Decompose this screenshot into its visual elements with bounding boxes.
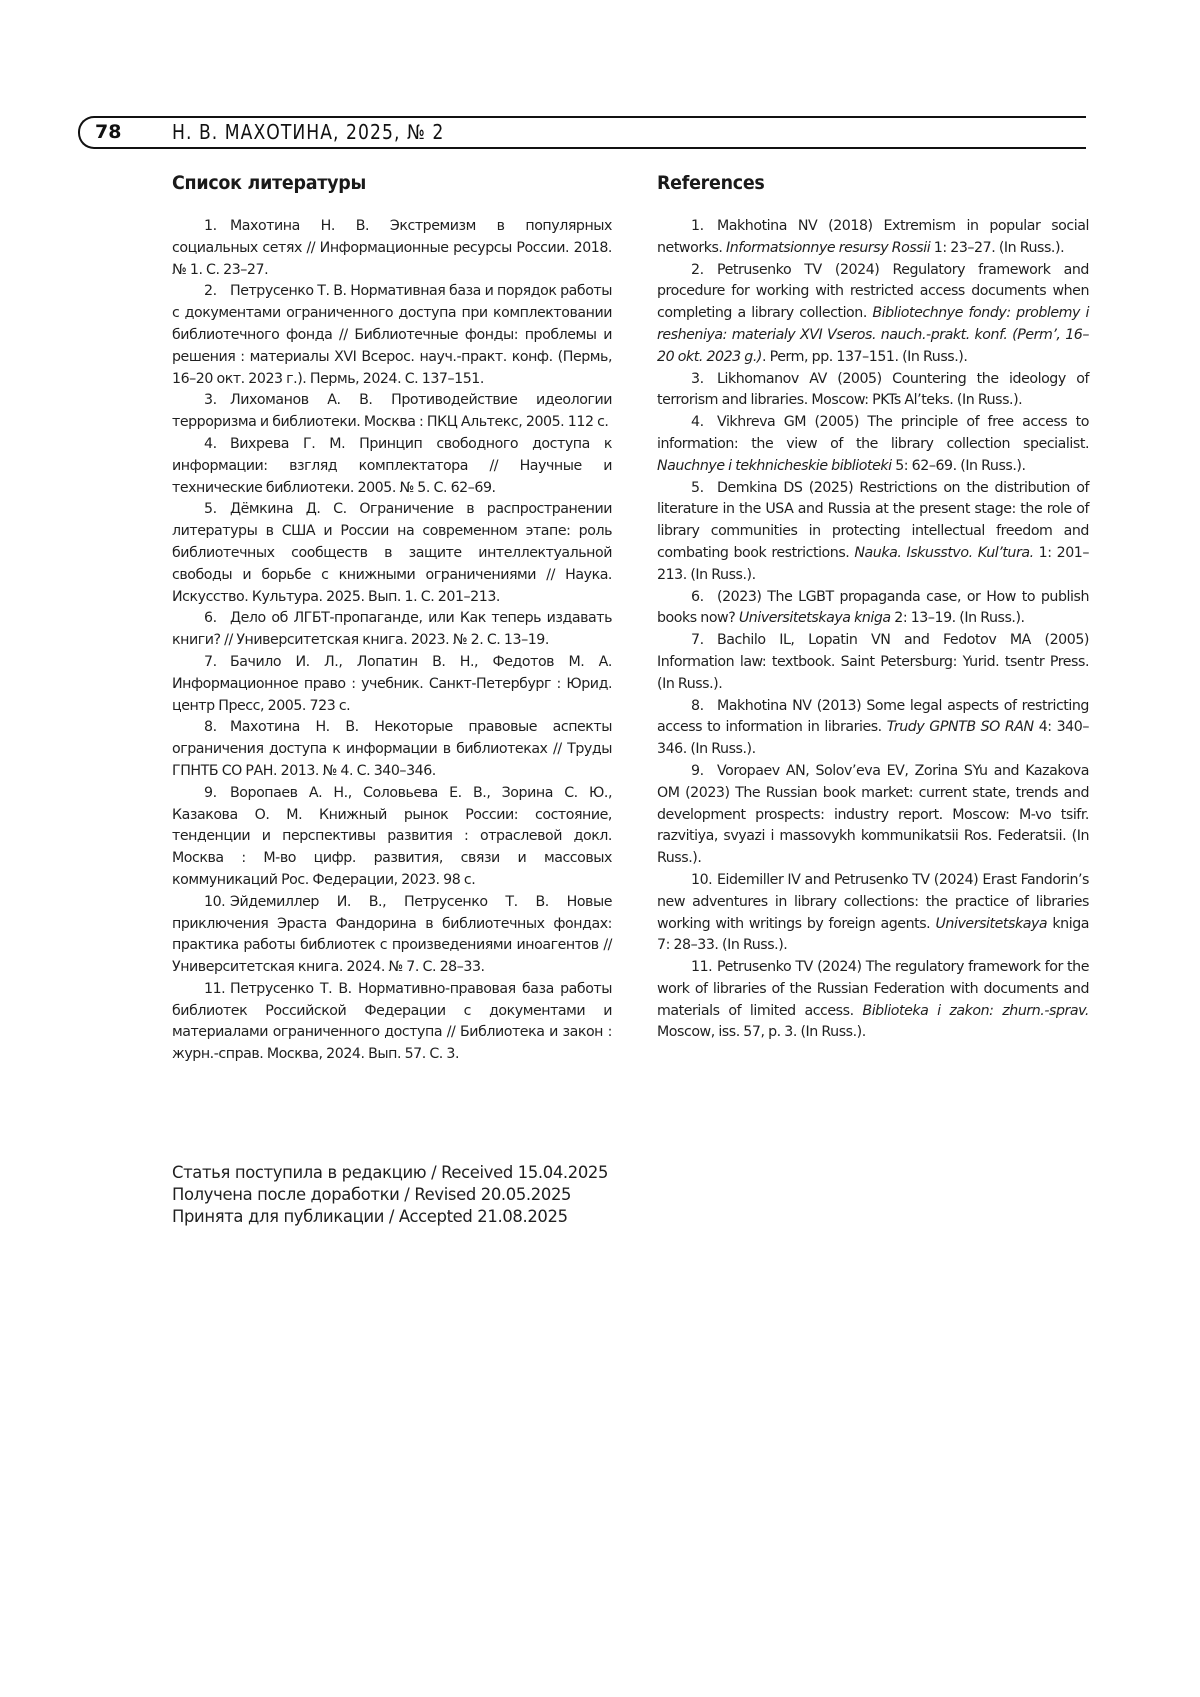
reference-item: 9.Воропаев А. Н., Соловьева Е. В., Зорин… (172, 783, 612, 892)
reference-item: 5.Дёмкина Д. С. Ограничение в распростра… (172, 499, 612, 608)
reference-number: 11. (204, 979, 230, 1001)
reference-source-title: Biblioteka i zakon: zhurn.-sprav. (862, 1003, 1089, 1019)
reference-source-title: Informatsionnye resursy Rossii (726, 240, 930, 256)
reference-number: 8. (691, 696, 717, 718)
reference-item: 1.Makhotina NV (2018) Extremism in popul… (657, 216, 1089, 260)
reference-text: Voropaev AN, Solov’eva EV, Zorina SYu an… (657, 763, 1089, 866)
reference-text: Махотина Н. В. Экстремизм в популярных с… (172, 218, 612, 278)
reference-number: 3. (204, 390, 230, 412)
reference-number: 7. (204, 652, 230, 674)
reference-item: 4.Вихрева Г. М. Принцип свободного досту… (172, 434, 612, 499)
reference-number: 1. (691, 216, 717, 238)
reference-source-title: Nauchnye i tekhnicheskie biblioteki (657, 458, 892, 474)
reference-item: 7.Bachilo IL, Lopatin VN and Fedotov MA … (657, 630, 1089, 695)
english-references-heading: References (657, 172, 1054, 194)
reference-text: 5: 62–69. (In Russ.). (892, 458, 1026, 474)
reference-text: Воропаев А. Н., Соловьева Е. В., Зорина … (172, 785, 612, 888)
reference-text: Вихрева Г. М. Принцип свободного доступа… (172, 436, 612, 496)
reference-number: 4. (204, 434, 230, 456)
english-reference-list: References 1.Makhotina NV (2018) Extremi… (657, 172, 1089, 1044)
reference-number: 9. (691, 761, 717, 783)
page-number: 78 (95, 121, 121, 143)
running-header: 78 Н. В. МАХОТИНА, 2025, № 2 (78, 116, 1086, 149)
reference-text: Эйдемиллер И. В., Петрусенко Т. В. Новые… (172, 894, 612, 975)
reference-text: Дёмкина Д. С. Ограничение в распростране… (172, 501, 612, 604)
reference-text: . Perm, pp. 137–151. (In Russ.). (762, 349, 967, 365)
reference-item: 10.Эйдемиллер И. В., Петрусенко Т. В. Но… (172, 892, 612, 979)
reference-source-title: Nauka. Iskusstvo. Kul’tura. (854, 545, 1033, 561)
reference-text: Vikhreva GM (2005) The principle of free… (657, 414, 1089, 452)
reference-text: Петрусенко Т. В. Нормативно-правовая баз… (172, 981, 612, 1062)
reference-number: 4. (691, 412, 717, 434)
reference-number: 7. (691, 630, 717, 652)
article-dates: Статья поступила в редакцию / Received 1… (172, 1162, 608, 1228)
reference-text: 2: 13–19. (In Russ.). (891, 610, 1025, 626)
reference-item: 11.Petrusenko TV (2024) The regulatory f… (657, 957, 1089, 1044)
reference-item: 10.Eidemiller IV and Petrusenko TV (2024… (657, 870, 1089, 957)
reference-item: 8.Makhotina NV (2013) Some legal aspects… (657, 696, 1089, 761)
reference-number: 6. (204, 608, 230, 630)
reference-number: 10. (691, 870, 717, 892)
running-header-title: Н. В. МАХОТИНА, 2025, № 2 (172, 120, 444, 144)
reference-number: 1. (204, 216, 230, 238)
reference-text: 1: 23–27. (In Russ.). (930, 240, 1064, 256)
reference-source-title: Universitetskaya (936, 916, 1048, 932)
reference-number: 5. (204, 499, 230, 521)
reference-item: 8.Махотина Н. В. Некоторые правовые аспе… (172, 717, 612, 782)
received-date: Статья поступила в редакцию / Received 1… (172, 1162, 608, 1184)
reference-item: 6.(2023) The LGBT propaganda case, or Ho… (657, 587, 1089, 631)
reference-item: 3.Likhomanov AV (2005) Countering the id… (657, 369, 1089, 413)
reference-item: 4.Vikhreva GM (2005) The principle of fr… (657, 412, 1089, 477)
russian-references-items: 1.Махотина Н. В. Экстремизм в популярных… (172, 216, 612, 1066)
reference-number: 5. (691, 478, 717, 500)
reference-number: 9. (204, 783, 230, 805)
reference-text: Moscow, iss. 57, p. 3. (In Russ.). (657, 1024, 866, 1040)
reference-item: 5.Demkina DS (2025) Restrictions on the … (657, 478, 1089, 587)
reference-item: 2.Petrusenko TV (2024) Regulatory framew… (657, 260, 1089, 369)
reference-number: 6. (691, 587, 717, 609)
reference-text: Петрусенко Т. В. Нормативная база и поря… (172, 283, 612, 386)
reference-number: 2. (204, 281, 230, 303)
russian-reference-list: Список литературы 1.Махотина Н. В. Экстр… (172, 172, 612, 1066)
reference-text: Bachilo IL, Lopatin VN and Fedotov MA (2… (657, 632, 1089, 692)
reference-source-title: Trudy GPNTB SO RAN (887, 719, 1034, 735)
reference-number: 10. (204, 892, 230, 914)
reference-item: 9.Voropaev AN, Solov’eva EV, Zorina SYu … (657, 761, 1089, 870)
reference-number: 11. (691, 957, 717, 979)
accepted-date: Принята для публикации / Accepted 21.08.… (172, 1206, 608, 1228)
reference-number: 8. (204, 717, 230, 739)
reference-text: Лихоманов А. В. Противодействие идеологи… (172, 392, 612, 430)
reference-item: 1.Махотина Н. В. Экстремизм в популярных… (172, 216, 612, 281)
reference-text: Бачило И. Л., Лопатин В. Н., Федотов М. … (172, 654, 612, 714)
reference-item: 6.Дело об ЛГБТ-пропаганде, или Как тепер… (172, 608, 612, 652)
english-references-items: 1.Makhotina NV (2018) Extremism in popul… (657, 216, 1089, 1044)
reference-text: Likhomanov AV (2005) Countering the ideo… (657, 371, 1089, 409)
reference-source-title: Universitetskaya kniga (739, 610, 891, 626)
reference-number: 3. (691, 369, 717, 391)
reference-item: 7.Бачило И. Л., Лопатин В. Н., Федотов М… (172, 652, 612, 717)
reference-text: Дело об ЛГБТ-пропаганде, или Как теперь … (172, 610, 612, 648)
reference-item: 2.Петрусенко Т. В. Нормативная база и по… (172, 281, 612, 390)
reference-text: Махотина Н. В. Некоторые правовые аспект… (172, 719, 612, 779)
reference-item: 3.Лихоманов А. В. Противодействие идеоло… (172, 390, 612, 434)
reference-item: 11.Петрусенко Т. В. Нормативно-правовая … (172, 979, 612, 1066)
russian-references-heading: Список литературы (172, 172, 577, 194)
revised-date: Получена после доработки / Revised 20.05… (172, 1184, 608, 1206)
reference-number: 2. (691, 260, 717, 282)
